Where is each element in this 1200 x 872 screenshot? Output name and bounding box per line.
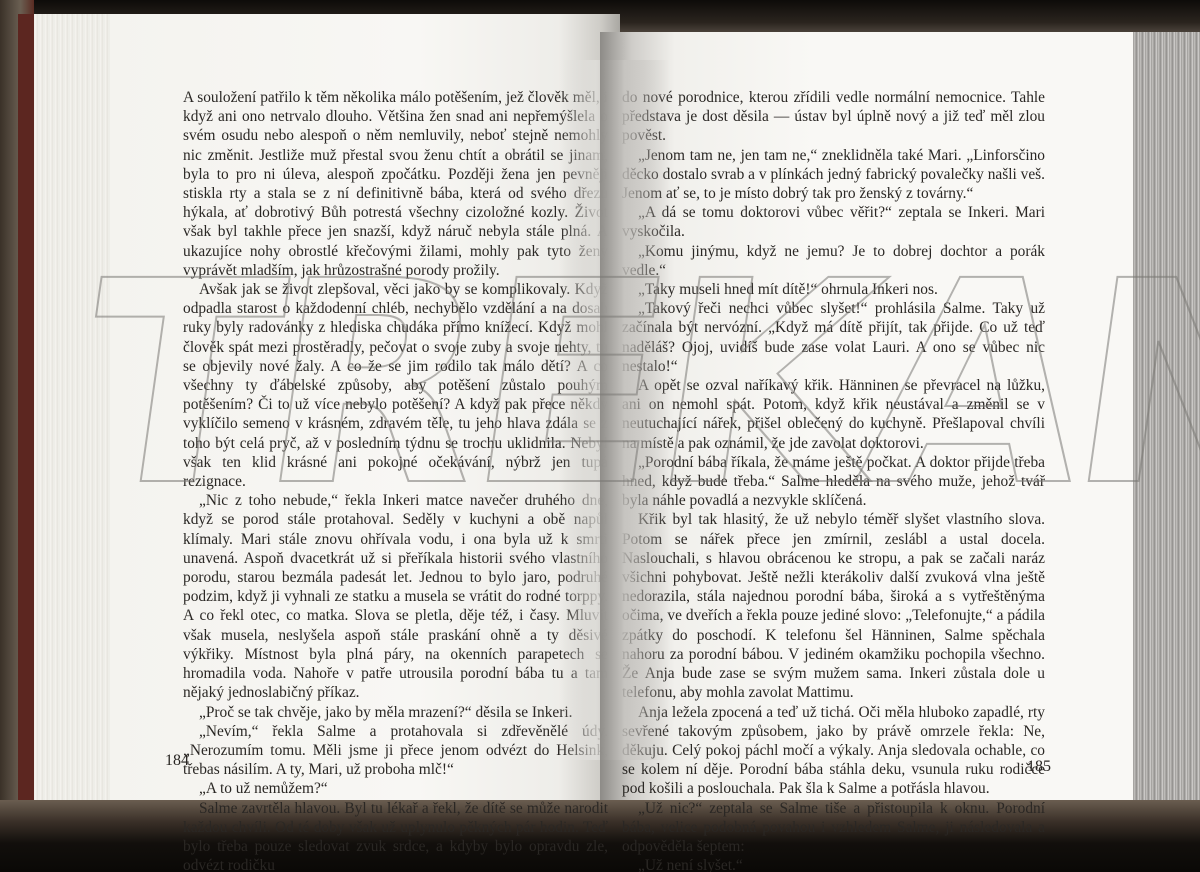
right-page-stack — [1133, 32, 1200, 804]
paragraph: „Takový řeči nechci vůbec slyšet!“ prohl… — [622, 299, 1045, 376]
paragraph: „Porodní bába říkala, že máme ještě počk… — [622, 453, 1045, 511]
paragraph: „A to už nemůžem?“ — [183, 779, 608, 798]
book-cover-red-binding — [18, 14, 34, 804]
page-number-right: 185 — [1027, 758, 1051, 776]
paragraph: „Už nic?“ zeptala se Salme tiše a přisto… — [622, 799, 1045, 857]
paragraph: „Taky museli hned mít dítě!“ ohrnula Ink… — [622, 280, 1045, 299]
right-page-text: do nové porodnice, kterou zřídili vedle … — [622, 88, 1045, 872]
paragraph: do nové porodnice, kterou zřídili vedle … — [622, 88, 1045, 146]
paragraph: Avšak jak se život zlepšoval, věci jako … — [183, 280, 608, 491]
paragraph: „A dá se tomu doktorovi vůbec věřit?“ ze… — [622, 203, 1045, 241]
paragraph: Salme zavrtěla hlavou. Byl tu lékař a ře… — [183, 799, 608, 872]
paragraph: „Proč se tak chvěje, jako by měla mrazen… — [183, 703, 608, 722]
paragraph: „Už není slyšet.“ — [622, 856, 1045, 872]
paragraph: „Jenom tam ne, jen tam ne,“ zneklidněla … — [622, 146, 1045, 204]
left-page-text: A souložení patřilo k těm několika málo … — [183, 88, 608, 872]
paragraph: Křik byl tak hlasitý, že už nebylo téměř… — [622, 510, 1045, 702]
page-number-left: 184 — [165, 752, 189, 770]
paragraph: „Nevím,“ řekla Salme a protahovala si zd… — [183, 722, 608, 780]
paragraph: „Komu jinýmu, když ne jemu? Je to dobrej… — [622, 242, 1045, 280]
book-scan: A souložení patřilo k těm několika málo … — [0, 0, 1200, 872]
left-page-stack — [34, 14, 114, 802]
paragraph: „Nic z toho nebude,“ řekla Inkeri matce … — [183, 491, 608, 702]
paragraph: Anja ležela zpocená a teď už tichá. Oči … — [622, 703, 1045, 799]
paragraph: A souložení patřilo k těm několika málo … — [183, 88, 608, 280]
paragraph: A opět se ozval naříkavý křik. Hänninen … — [622, 376, 1045, 453]
